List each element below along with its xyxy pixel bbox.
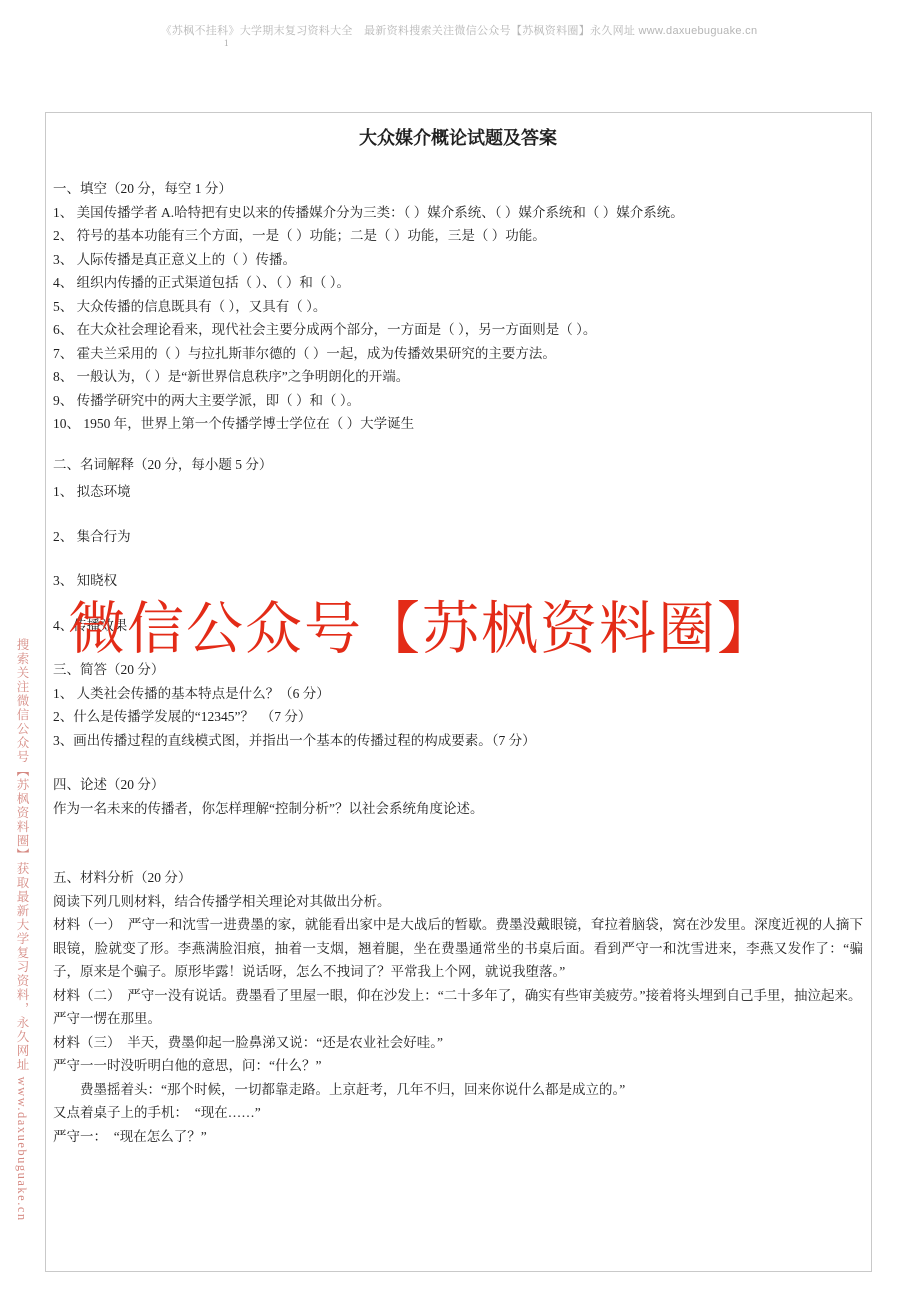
question-line: 3、画出传播过程的直线模式图，并指出一个基本的传播过程的构成要素。（7 分） [53, 729, 863, 753]
question-line: 4、 组织内传播的正式渠道包括（ ）、（ ）和（ ）。 [53, 271, 863, 295]
section-heading: 一、填空（20 分，每空 1 分） [53, 177, 863, 201]
question-line: 3、 人际传播是真正意义上的（ ）传播。 [53, 248, 863, 272]
question-line: 作为一名未来的传播者，你怎样理解“控制分析”？以社会系统角度论述。 [53, 797, 863, 821]
document-sections: 一、填空（20 分，每空 1 分）1、 美国传播学者 A.哈特把有史以来的传播媒… [53, 177, 863, 1148]
section-heading: 三、简答（20 分） [53, 658, 863, 682]
question-line: 9、 传播学研究中的两大主要学派，即（ ）和（ ）。 [53, 389, 863, 413]
document-title: 大众媒介概论试题及答案 [53, 125, 863, 151]
section: 五、材料分析（20 分）阅读下列几则材料，结合传播学相关理论对其做出分析。材料（… [53, 866, 863, 1148]
question-line: 费墨摇着头：“那个时候，一切都靠走路。上京赶考，几年不归，回来你说什么都是成立的… [53, 1078, 863, 1102]
question-line: 1、 人类社会传播的基本特点是什么？（6 分） [53, 682, 863, 706]
section: 二、名词解释（20 分，每小题 5 分）1、 拟态环境2、 集合行为3、 知晓权… [53, 453, 863, 638]
question-line: 又点着桌子上的手机： “现在……” [53, 1101, 863, 1125]
question-line: 材料（一） 严守一和沈雪一进费墨的家，就能看出家中是大战后的暂歇。费墨没戴眼镜，… [53, 913, 863, 984]
question-line: 严守一一时没听明白他的意思，问：“什么？” [53, 1054, 863, 1078]
question-line: 7、 霍夫兰采用的（ ）与拉扎斯菲尔德的（ ）一起，成为传播效果研究的主要方法。 [53, 342, 863, 366]
section: 四、论述（20 分）作为一名未来的传播者，你怎样理解“控制分析”？以社会系统角度… [53, 773, 863, 820]
section: 三、简答（20 分）1、 人类社会传播的基本特点是什么？（6 分）2、什么是传播… [53, 658, 863, 752]
question-line: 8、 一般认为，（ ）是“新世界信息秩序”之争明朗化的开端。 [53, 365, 863, 389]
section-heading: 二、名词解释（20 分，每小题 5 分） [53, 453, 863, 477]
question-line: 材料（二） 严守一没有说话。费墨看了里屋一眼，仰在沙发上：“二十多年了，确实有些… [53, 984, 863, 1008]
section: 一、填空（20 分，每空 1 分）1、 美国传播学者 A.哈特把有史以来的传播媒… [53, 177, 863, 436]
question-line: 2、 集合行为 [53, 525, 863, 549]
site-header-text: 《苏枫不挂科》大学期末复习资料大全 最新资料搜索关注微信公众号【苏枫资料圈】永久… [0, 22, 918, 38]
question-line: 严守一： “现在怎么了？” [53, 1125, 863, 1149]
question-line: 1、 美国传播学者 A.哈特把有史以来的传播媒介分为三类：（ ）媒介系统、（ ）… [53, 201, 863, 225]
question-line: 阅读下列几则材料，结合传播学相关理论对其做出分析。 [53, 890, 863, 914]
question-line: 10、 1950 年，世界上第一个传播学博士学位在（ ）大学诞生 [53, 412, 863, 436]
question-line: 4、传播效果 [53, 614, 863, 638]
question-line: 2、什么是传播学发展的“12345”？ （7 分） [53, 705, 863, 729]
page-mark: 1 [224, 38, 229, 48]
question-line: 6、 在大众社会理论看来，现代社会主要分成两个部分，一方面是（ ），另一方面则是… [53, 318, 863, 342]
question-line: 严守一愣在那里。 [53, 1007, 863, 1031]
section-heading: 四、论述（20 分） [53, 773, 863, 797]
question-line: 材料（三） 半天，费墨仰起一脸鼻涕又说：“还是农业社会好哇。” [53, 1031, 863, 1055]
section-heading: 五、材料分析（20 分） [53, 866, 863, 890]
question-line: 2、 符号的基本功能有三个方面，一是（ ）功能；二是（ ）功能，三是（ ）功能。 [53, 224, 863, 248]
question-line: 3、 知晓权 [53, 569, 863, 593]
question-line: 5、 大众传播的信息既具有（ ），又具有（ ）。 [53, 295, 863, 319]
document-page: 大众媒介概论试题及答案 一、填空（20 分，每空 1 分）1、 美国传播学者 A… [45, 112, 872, 1272]
question-line: 1、 拟态环境 [53, 480, 863, 504]
watermark-vertical: 搜索关注微信公众号【苏枫资料圈】获取最新大学复习资料，永久网址 www.daxu… [13, 638, 31, 1288]
